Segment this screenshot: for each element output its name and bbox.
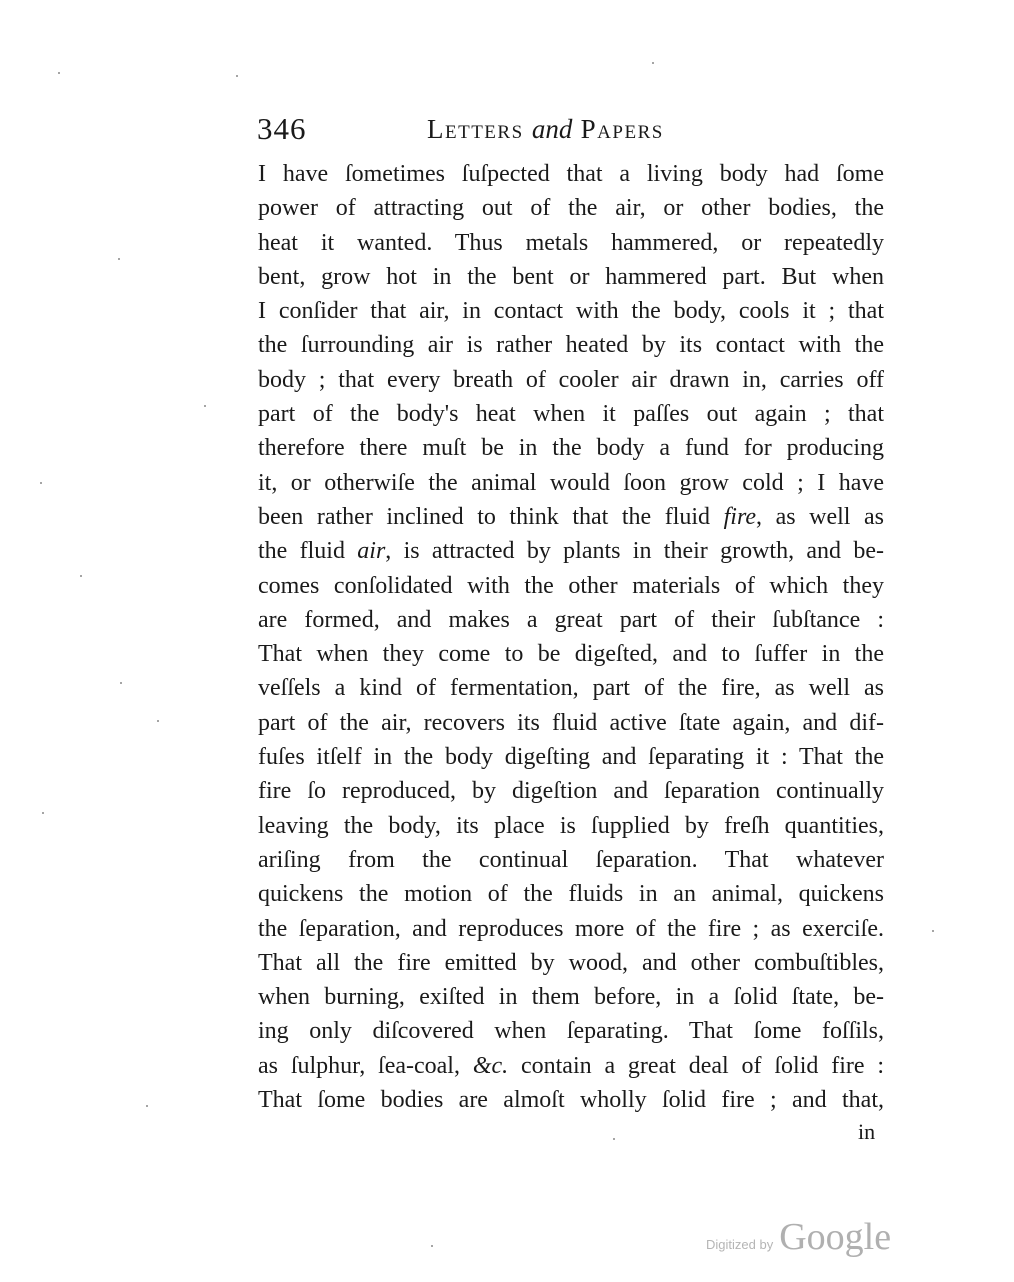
text-segment: the fluid xyxy=(258,538,357,564)
text-line: That ſome bodies are almoſt wholly ſolid… xyxy=(258,1083,884,1117)
scan-speck xyxy=(932,930,934,932)
text-segment: as ſulphur, ſea-coal, xyxy=(258,1053,473,1079)
scan-speck xyxy=(613,1138,615,1140)
text-segment: been rather inclined to think that the f… xyxy=(258,504,724,530)
italic-word: &c. xyxy=(473,1053,508,1079)
text-segment: , is attracted by plants in their growth… xyxy=(385,538,884,564)
book-page: 346 Letters and Papers I have ſometimes … xyxy=(0,0,1014,1282)
text-line: That when they come to be digeſted, and … xyxy=(258,637,884,671)
scan-speck xyxy=(204,405,206,407)
running-title-part2: Papers xyxy=(581,114,664,144)
text-line: heat it wanted. Thus metals hammered, or… xyxy=(258,226,884,260)
google-logo-text: Google xyxy=(779,1216,891,1258)
watermark-prefix: Digitized by xyxy=(706,1237,773,1252)
text-line: part of the air, recovers its fluid acti… xyxy=(258,706,884,740)
running-title-italic: and xyxy=(532,114,573,144)
text-line: ing only diſcovered when ſeparating. Tha… xyxy=(258,1014,884,1048)
text-segment: contain a great deal of ſolid fire : xyxy=(508,1053,884,1079)
scan-speck xyxy=(58,72,60,74)
catchword: in xyxy=(858,1117,875,1147)
scan-speck xyxy=(146,1105,148,1107)
scan-speck xyxy=(236,75,238,77)
scan-speck xyxy=(652,62,654,64)
text-line: are formed, and makes a great part of th… xyxy=(258,603,884,637)
text-line: I have ſometimes ſuſpected that a living… xyxy=(258,157,884,191)
text-line: been rather inclined to think that the f… xyxy=(258,500,884,534)
text-line: as ſulphur, ſea-coal, &c. contain a grea… xyxy=(258,1049,884,1083)
text-line: body ; that every breath of cooler air d… xyxy=(258,363,884,397)
text-line: the ſeparation, and reproduces more of t… xyxy=(258,912,884,946)
text-line: quickens the motion of the fluids in an … xyxy=(258,877,884,911)
scan-speck xyxy=(42,812,44,814)
text-line: comes conſolidated with the other materi… xyxy=(258,569,884,603)
text-line: the fluid air, is attracted by plants in… xyxy=(258,534,884,568)
italic-word: air xyxy=(357,538,385,564)
scan-speck xyxy=(118,258,120,260)
text-line: when burning, exiſted in them before, in… xyxy=(258,980,884,1014)
scan-speck xyxy=(157,720,159,722)
running-title: Letters and Papers xyxy=(427,107,664,151)
text-line: That all the fire emitted by wood, and o… xyxy=(258,946,884,980)
text-line: fire ſo reproduced, by digeſtion and ſep… xyxy=(258,774,884,808)
scan-speck xyxy=(40,482,42,484)
text-line: power of attracting out of the air, or o… xyxy=(258,191,884,225)
digitized-by-google-watermark: Digitized by Google xyxy=(706,1215,891,1259)
text-line: ariſing from the continual ſeparation. T… xyxy=(258,843,884,877)
text-line: veſſels a kind of fermentation, part of … xyxy=(258,671,884,705)
text-line: therefore there muſt be in the body a fu… xyxy=(258,431,884,465)
text-line: bent, grow hot in the bent or hammered p… xyxy=(258,260,884,294)
text-line: the ſurrounding air is rather heated by … xyxy=(258,328,884,362)
page-number: 346 xyxy=(257,107,307,151)
scan-speck xyxy=(80,575,82,577)
text-segment: , as well as xyxy=(756,504,884,530)
text-line: part of the body's heat when it paſſes o… xyxy=(258,397,884,431)
italic-word: fire xyxy=(724,504,756,530)
body-text: I have ſometimes ſuſpected that a living… xyxy=(258,157,884,1117)
running-head: 346 Letters and Papers xyxy=(257,107,897,151)
text-line: it, or otherwiſe the animal would ſoon g… xyxy=(258,466,884,500)
text-line: I conſider that air, in contact with the… xyxy=(258,294,884,328)
scan-speck xyxy=(120,682,122,684)
running-title-part1: Letters xyxy=(427,114,524,144)
scan-speck xyxy=(431,1245,433,1247)
text-line: fuſes itſelf in the body digeſting and ſ… xyxy=(258,740,884,774)
text-line: leaving the body, its place is ſupplied … xyxy=(258,809,884,843)
